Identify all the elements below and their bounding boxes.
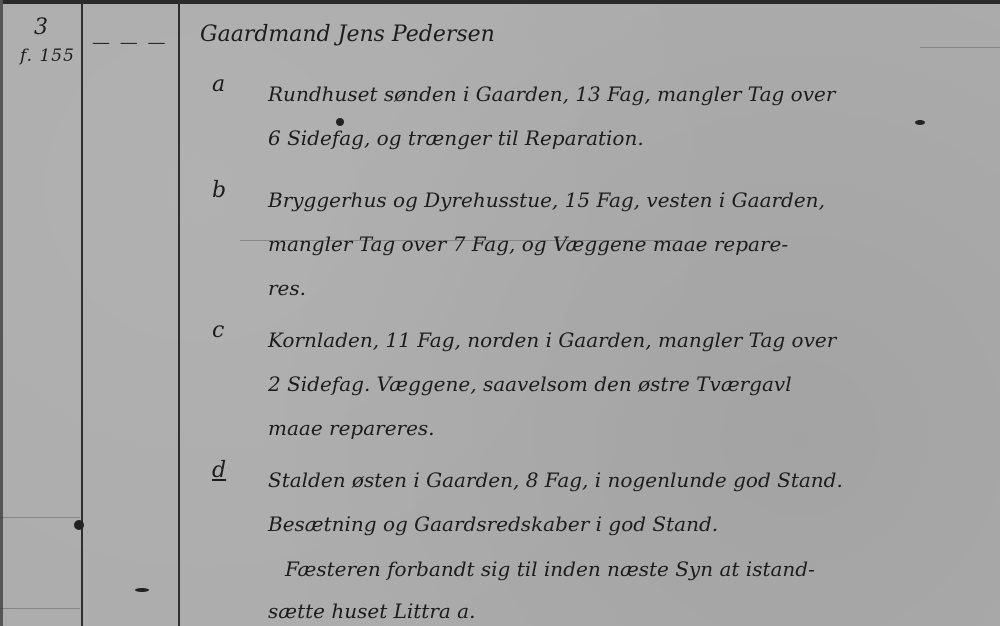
- faint-rule: [0, 608, 80, 609]
- middle-column-marker: — — —: [92, 32, 167, 53]
- entry-d: d Stalden østen i Gaarden, 8 Fag, i noge…: [200, 458, 990, 548]
- note-line: sætte huset Littra a.: [268, 590, 990, 626]
- entry-line: Besætning og Gaardsredskaber i god Stand…: [268, 502, 990, 546]
- closing-note: Fæsteren forbandt sig til inden næste Sy…: [200, 548, 990, 626]
- note-line: Fæsteren forbandt sig til inden næste Sy…: [285, 548, 990, 590]
- entry-body: Gaardmand Jens Pedersen a Rundhuset sønd…: [200, 22, 990, 626]
- entry-line: 2 Sidefag. Væggene, saavelsom den østre …: [268, 362, 990, 406]
- entry-line: maae repareres.: [268, 406, 990, 450]
- ink-blot: [135, 588, 149, 592]
- entry-label: d: [212, 458, 226, 483]
- entry-line: res.: [268, 266, 990, 310]
- faint-rule: [0, 517, 80, 518]
- owner-heading: Gaardmand Jens Pedersen: [200, 22, 990, 72]
- entry-number: 3: [34, 15, 80, 40]
- entry-line: mangler Tag over 7 Fag, og Væggene maae …: [268, 222, 990, 266]
- entry-a: a Rundhuset sønden i Gaarden, 13 Fag, ma…: [200, 72, 990, 164]
- ledger-page: 3 f. 155 — — — Gaardmand Jens Pedersen a…: [0, 0, 1000, 626]
- entry-line: Stalden østen i Gaarden, 8 Fag, i nogenl…: [268, 458, 990, 502]
- left-edge: [0, 0, 3, 626]
- ink-blot: [74, 520, 84, 530]
- entry-label: b: [212, 178, 226, 203]
- entry-label: a: [212, 72, 225, 97]
- entry-line: Rundhuset sønden i Gaarden, 13 Fag, mang…: [268, 72, 990, 116]
- top-border-rule: [0, 0, 1000, 4]
- entry-line: Bryggerhus og Dyrehusstue, 15 Fag, veste…: [268, 178, 990, 222]
- entry-line: Kornladen, 11 Fag, norden i Gaarden, man…: [268, 318, 990, 362]
- entry-line: 6 Sidefag, og trænger til Reparation.: [268, 116, 990, 160]
- entry-b: b Bryggerhus og Dyrehusstue, 15 Fag, ves…: [200, 178, 990, 316]
- entry-c: c Kornladen, 11 Fag, norden i Gaarden, m…: [200, 318, 990, 458]
- entry-label: c: [212, 318, 224, 343]
- reference-column: 3 f. 155: [20, 15, 80, 66]
- column-divider-2: [178, 0, 180, 626]
- column-divider-1: [81, 0, 83, 626]
- folio-reference: f. 155: [20, 46, 80, 66]
